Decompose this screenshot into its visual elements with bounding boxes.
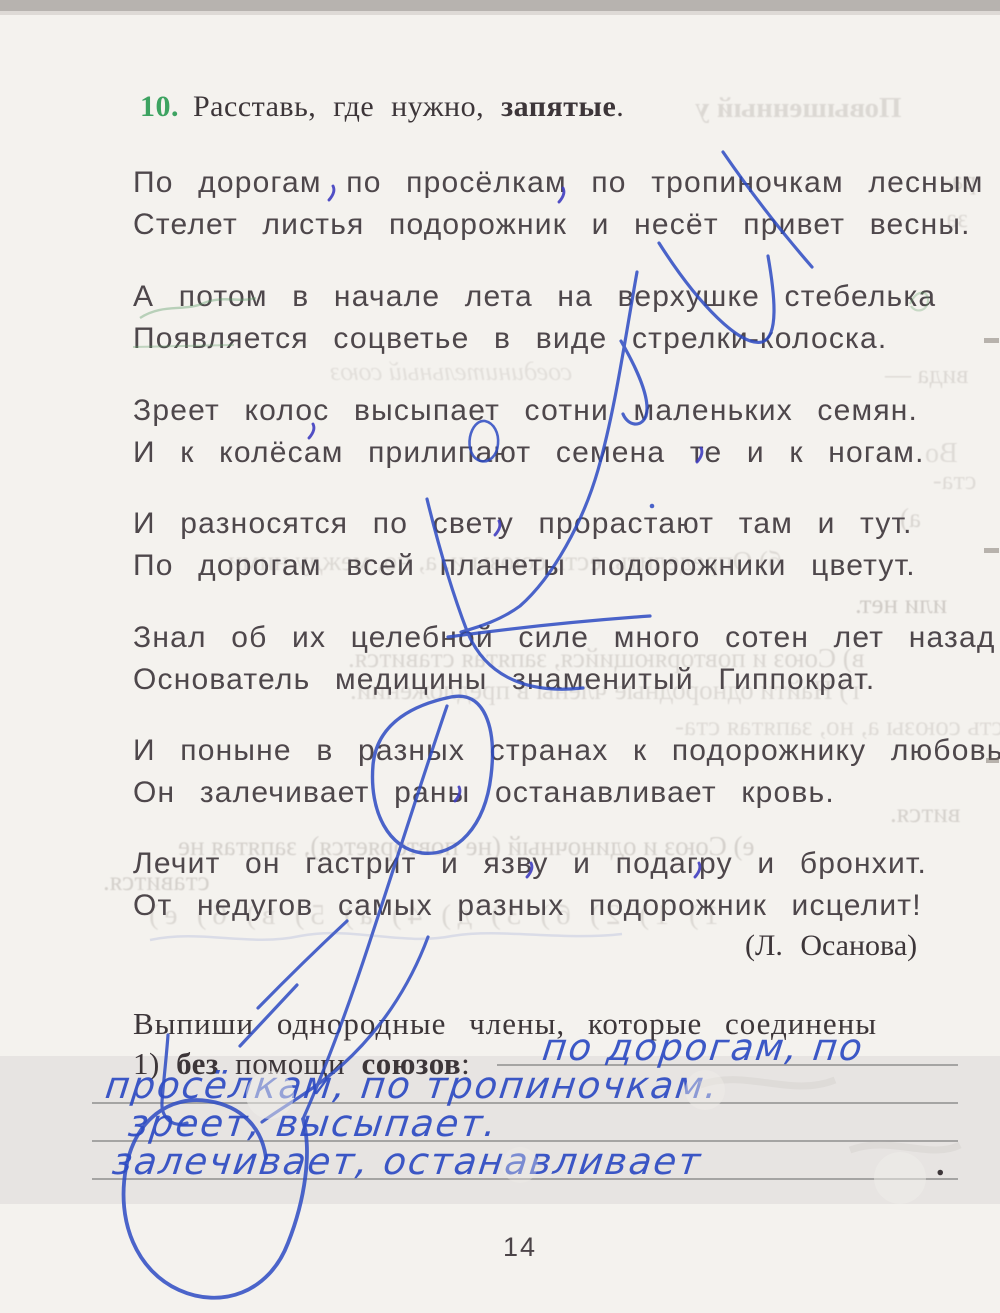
poem-line: Появляется соцветье в виде стрелки-колос… — [133, 322, 887, 356]
edge-dash — [984, 548, 999, 553]
handwritten-answer-row: просёлкам, по тропиночкам. — [103, 1064, 722, 1107]
pen-circle-large — [372, 696, 492, 853]
handwritten-answer-row: залечивает, останавливает — [110, 1140, 705, 1183]
poem-line: И поныне в разных странах к подорожнику … — [133, 734, 1000, 768]
bleed-through-text: вится. — [890, 798, 960, 829]
poem-line: По дорогам по просёлкам по тропиночкам л… — [133, 166, 984, 200]
exercise-heading-bold: запятые — [501, 90, 616, 123]
blue-ink-show-through — [150, 933, 622, 940]
bleed-through-text: или нет. — [855, 589, 947, 620]
poem-line: А потом в начале лета на верхушке стебел… — [133, 280, 936, 314]
poem-line: Зреет колос высыпает сотни маленьких сем… — [133, 394, 918, 428]
exercise-heading: 10.Расставь, где нужно, запятые. — [140, 90, 624, 124]
scan-edge-strip — [0, 0, 1000, 11]
scan-edge-highlight — [0, 11, 1000, 15]
exercise-number: 10. — [140, 90, 179, 123]
bleed-through-text: Повышенный у — [695, 92, 902, 125]
edge-dash — [984, 338, 999, 343]
printed-end-period: . — [936, 1146, 945, 1184]
bleed-through-text: ста- — [933, 466, 976, 496]
bleed-through-text: вида — — [885, 360, 968, 390]
page-number: 14 — [460, 1232, 580, 1263]
bleed-through-text: соединительный союз — [330, 357, 572, 387]
poem-line: Стелет листья подорожник и несёт привет … — [133, 208, 971, 242]
poem-line: Лечит он гастрит и язву и подагру и брон… — [133, 847, 927, 881]
workbook-page-scan: Повышенный у ра- за соединительный союз … — [0, 0, 1000, 1313]
poem-line: Он залечивает раны останавливает кровь. — [133, 776, 835, 810]
handwritten-answer-row: по дорогам, по — [540, 1026, 867, 1069]
handwritten-answer-row: зреет, высыпает. — [126, 1102, 501, 1145]
pen-stroke — [258, 921, 347, 1008]
poem-line: Знал об их целебной силе много сотен лет… — [133, 621, 996, 655]
exercise-heading-text: Расставь, где нужно, — [193, 90, 484, 123]
page-edge-marks — [984, 338, 999, 763]
poem-line: От недугов самых разных подорожник исцел… — [133, 889, 922, 923]
poem-line: И к колёсам прилипают семена те и к нога… — [133, 436, 925, 470]
poem-attribution: (Л. Осанова) — [745, 929, 917, 963]
poem-line: И разносятся по свету прорастают там и т… — [133, 507, 913, 541]
poem-line: По дорогам всей планеты подорожники цвет… — [133, 549, 916, 583]
poem-line: Основатель медицины знаменитый Гиппократ… — [133, 663, 875, 697]
